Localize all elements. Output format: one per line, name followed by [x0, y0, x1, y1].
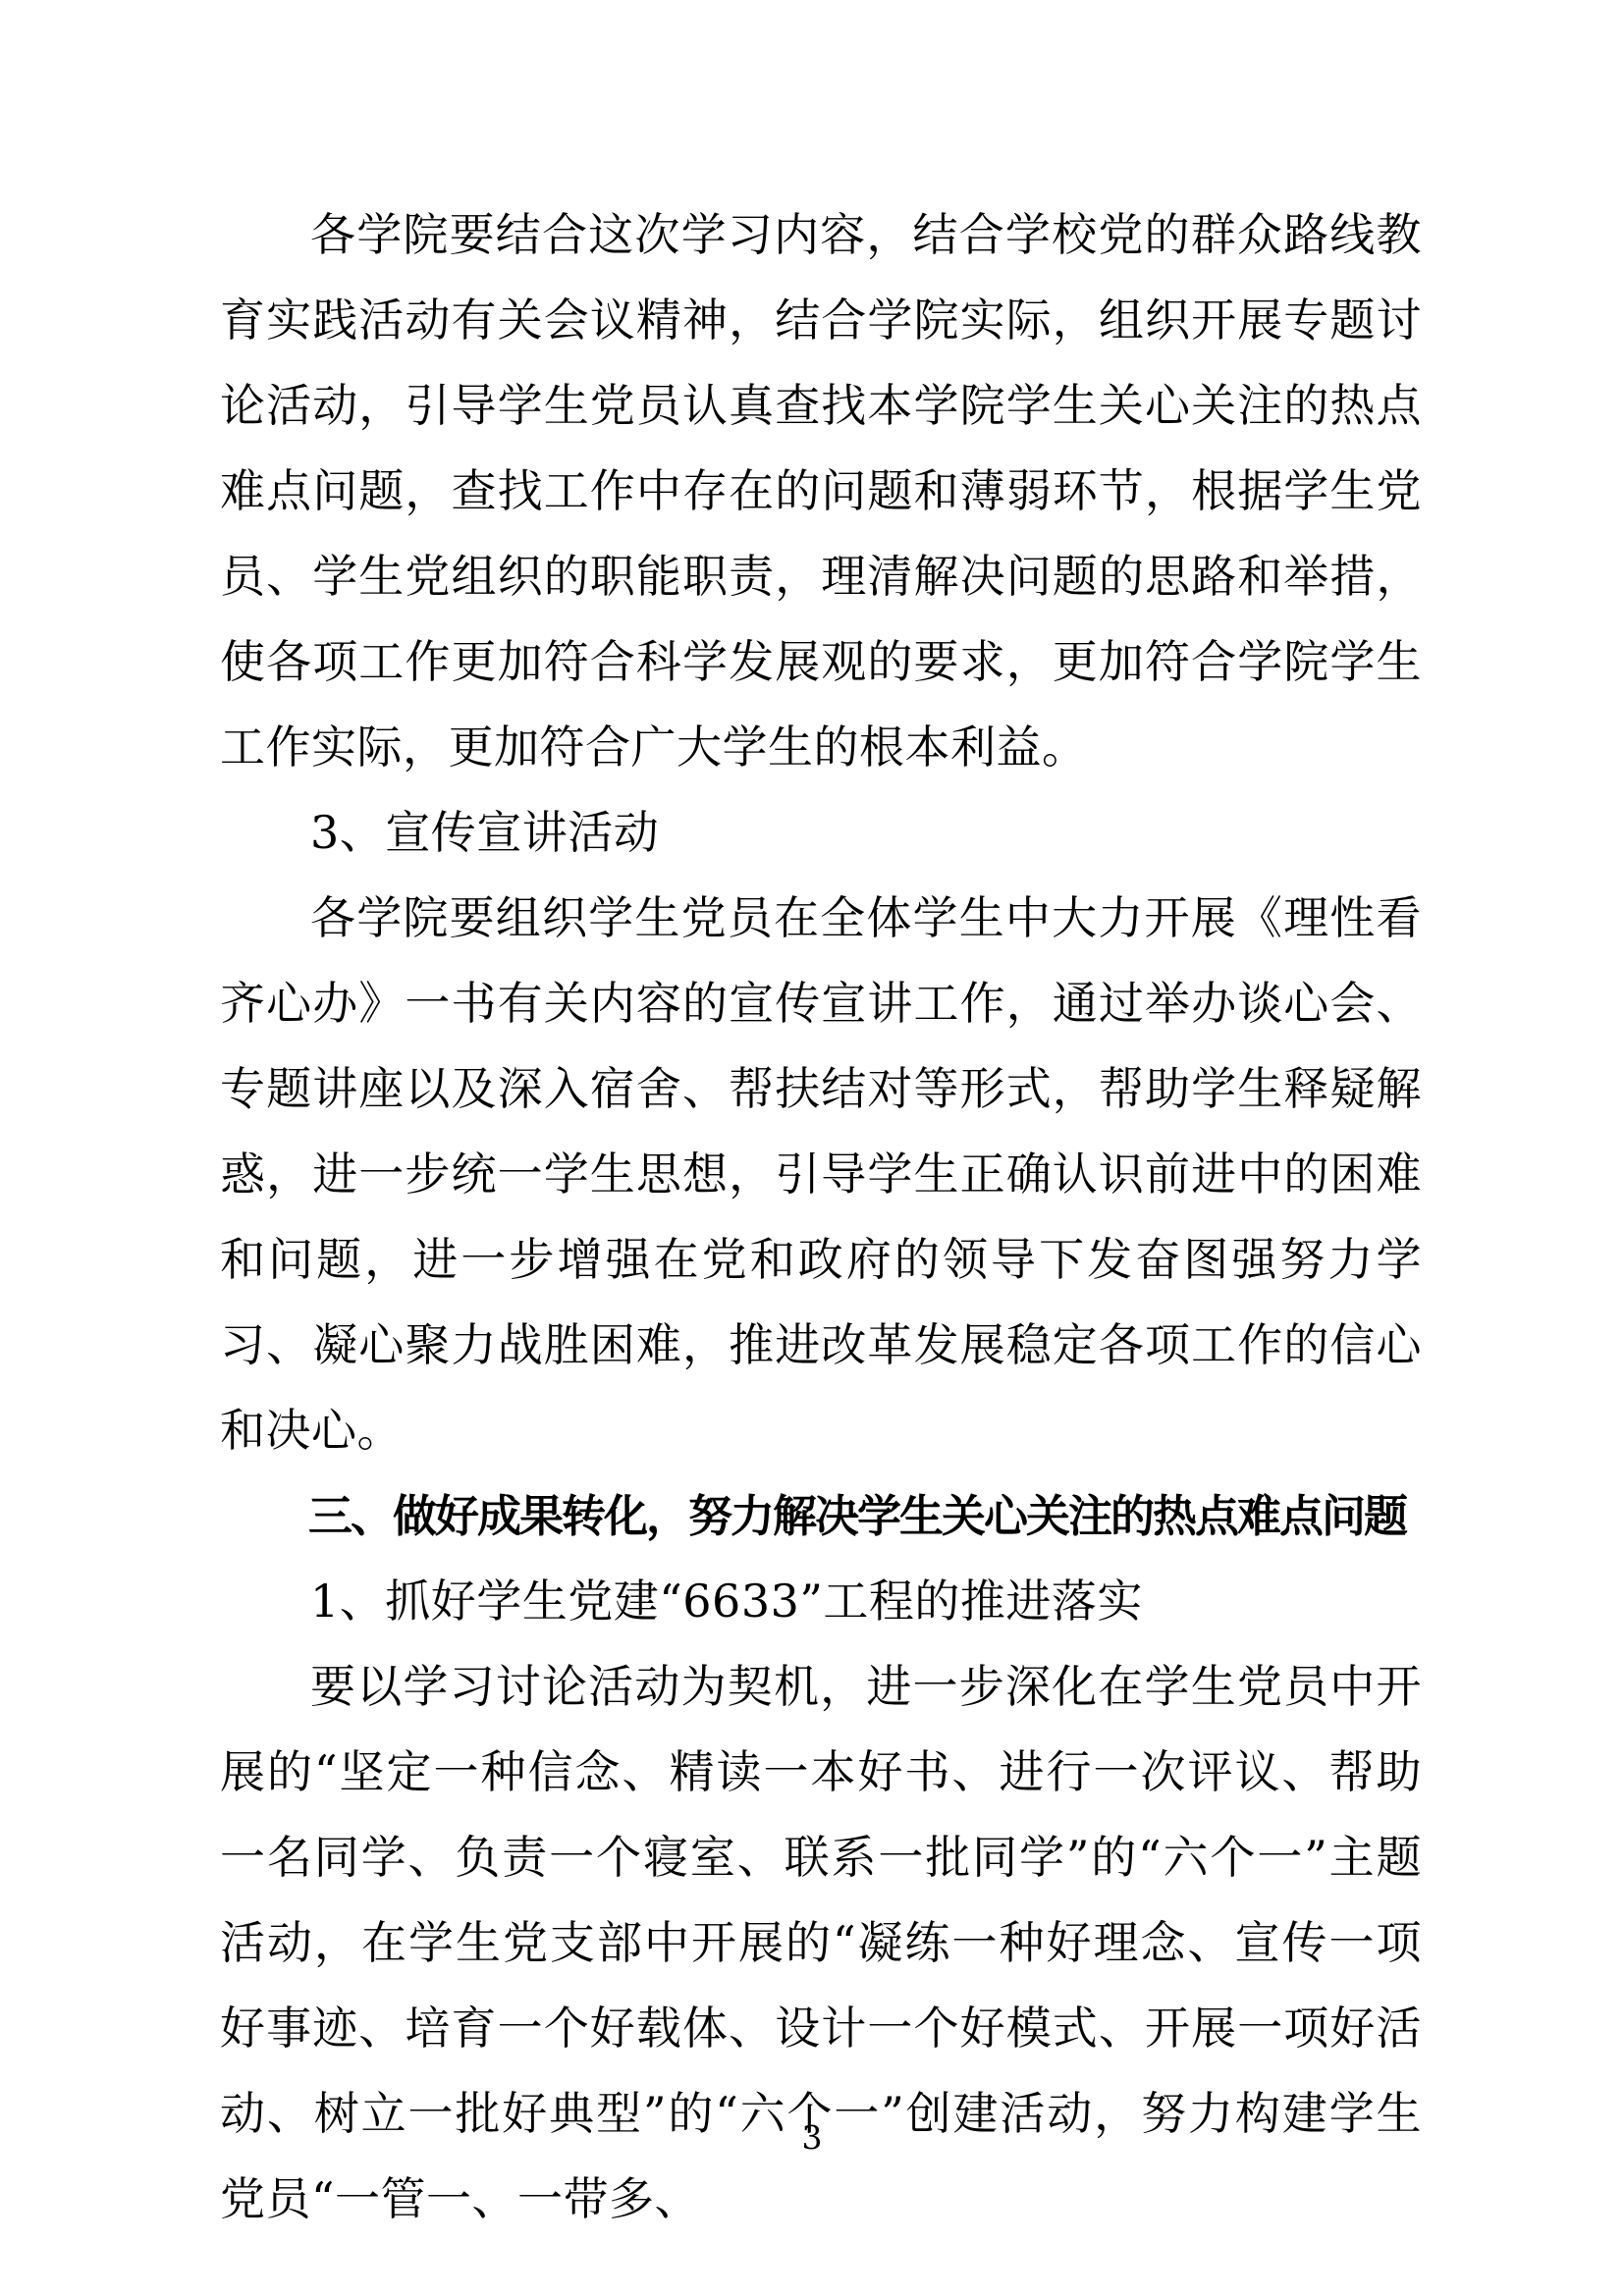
body-paragraph-publicity-work: 各学院要组织学生党员在全体学生中大力开展《理性看 齐心办》一书有关内容的宣传宣讲…: [220, 876, 1422, 1473]
document-page: 各学院要结合这次学习内容，结合学校党的群众路线教育实践活动有关会议精神，结合学院…: [0, 0, 1624, 2296]
body-paragraph-study-discussion: 各学院要结合这次学习内容，结合学校党的群众路线教育实践活动有关会议精神，结合学院…: [220, 192, 1422, 790]
subheading-1-6633-project: 1、抓好学生党建“6633”工程的推进落实: [220, 1559, 1422, 1644]
section-heading-three-results-transformation: 三、做好成果转化，努力解决学生关心关注的热点难点问题: [220, 1473, 1422, 1559]
subheading-3-publicity-activities: 3、宣传宣讲活动: [220, 790, 1422, 876]
text-block: 各学院要结合这次学习内容，结合学校党的群众路线教育实践活动有关会议精神，结合学院…: [220, 192, 1422, 2242]
page-number: 3: [0, 2118, 1624, 2158]
